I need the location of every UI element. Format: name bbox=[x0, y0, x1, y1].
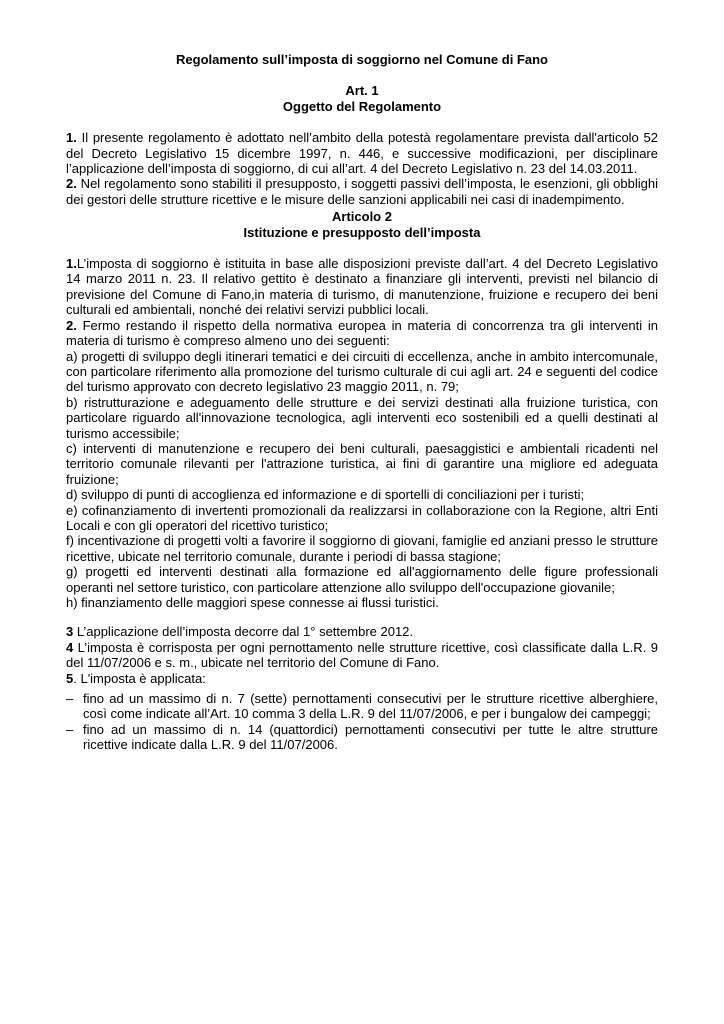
dash-marker: – bbox=[66, 691, 73, 706]
document-title: Regolamento sull’imposta di soggiorno ne… bbox=[66, 52, 658, 67]
paragraph-number: 2. bbox=[66, 318, 77, 333]
document-page: Regolamento sull’imposta di soggiorno ne… bbox=[0, 0, 724, 1024]
letter-item-c: c) interventi di manutenzione e recupero… bbox=[66, 441, 658, 487]
article1-paragraph-1: 1. Il presente regolamento è adottato ne… bbox=[66, 130, 658, 176]
letter-item-f: f) incentivazione di progetti volti a fa… bbox=[66, 533, 658, 564]
letter-text: incentivazione di progetti volti a favor… bbox=[66, 533, 658, 563]
letter-text: cofinanziamento di invertenti promoziona… bbox=[66, 503, 658, 533]
paragraph-number: 1. bbox=[66, 130, 77, 145]
letter-label: d) bbox=[66, 487, 78, 502]
letter-text: progetti ed interventi destinati alla fo… bbox=[66, 564, 658, 594]
article2-paragraph-3: 3 L’applicazione dell’imposta decorre da… bbox=[66, 624, 658, 639]
article1-heading-number: Art. 1 bbox=[66, 83, 658, 98]
bullet-item-2: –fino ad un massimo di n. 14 (quattordic… bbox=[66, 722, 658, 753]
article2-heading: Articolo 2 Istituzione e presupposto del… bbox=[66, 209, 658, 240]
letter-text: progetti di sviluppo degli itinerari tem… bbox=[66, 349, 658, 395]
bullet-text: fino ad un massimo di n. 14 (quattordici… bbox=[83, 722, 658, 752]
letter-label: e) bbox=[66, 503, 78, 518]
letter-label: g) bbox=[66, 564, 78, 579]
bullet-item-1: –fino ad un massimo di n. 7 (sette) pern… bbox=[66, 691, 658, 722]
article2-paragraph-1: 1.L’imposta di soggiorno è istituita in … bbox=[66, 256, 658, 318]
letter-text: finanziamento delle maggiori spese conne… bbox=[78, 595, 439, 610]
article2-paragraph-4: 4 L’imposta è corrisposta per ogni perno… bbox=[66, 640, 658, 671]
letter-text: interventi di manutenzione e recupero de… bbox=[66, 441, 658, 487]
article2-letter-list: a) progetti di sviluppo degli itinerari … bbox=[66, 349, 658, 611]
article1-heading-subject: Oggetto del Regolamento bbox=[66, 99, 658, 114]
paragraph-text: L’applicazione dell’imposta decorre dal … bbox=[73, 624, 413, 639]
article2-paragraph-5: 5. L'imposta è applicata: bbox=[66, 671, 658, 686]
letter-item-e: e) cofinanziamento di invertenti promozi… bbox=[66, 503, 658, 534]
letter-item-b: b) ristrutturazione e adeguamento delle … bbox=[66, 395, 658, 441]
letter-item-g: g) progetti ed interventi destinati alla… bbox=[66, 564, 658, 595]
letter-label: c) bbox=[66, 441, 77, 456]
dash-marker: – bbox=[66, 722, 73, 737]
letter-item-a: a) progetti di sviluppo degli itinerari … bbox=[66, 349, 658, 395]
letter-text: sviluppo di punti di accoglienza ed info… bbox=[78, 487, 585, 502]
letter-text: ristrutturazione e adeguamento delle str… bbox=[66, 395, 658, 441]
paragraph-text: Fermo restando il rispetto della normati… bbox=[66, 318, 658, 348]
article1-paragraph-2: 2. Nel regolamento sono stabiliti il pre… bbox=[66, 176, 658, 207]
article2-heading-number: Articolo 2 bbox=[66, 209, 658, 224]
letter-label: a) bbox=[66, 349, 78, 364]
article2-paragraph-2: 2. Fermo restando il rispetto della norm… bbox=[66, 318, 658, 349]
letter-item-h: h) finanziamento delle maggiori spese co… bbox=[66, 595, 658, 610]
paragraph-number: 2. bbox=[66, 176, 77, 191]
letter-item-d: d) sviluppo di punti di accoglienza ed i… bbox=[66, 487, 658, 502]
paragraph-text: . L'imposta è applicata: bbox=[73, 671, 206, 686]
article2-heading-subject: Istituzione e presupposto dell’imposta bbox=[66, 225, 658, 240]
paragraph-text: L’imposta è corrisposta per ogni pernott… bbox=[66, 640, 658, 670]
paragraph-number: 1. bbox=[66, 256, 77, 271]
letter-label: h) bbox=[66, 595, 78, 610]
article1-heading: Art. 1 Oggetto del Regolamento bbox=[66, 83, 658, 114]
letter-label: f) bbox=[66, 533, 74, 548]
letter-label: b) bbox=[66, 395, 78, 410]
paragraph-text: L’imposta di soggiorno è istituita in ba… bbox=[66, 256, 658, 317]
paragraph-text: Il presente regolamento è adottato nell’… bbox=[66, 130, 658, 176]
bullet-text: fino ad un massimo di n. 7 (sette) perno… bbox=[83, 691, 658, 721]
article2-bullet-list: –fino ad un massimo di n. 7 (sette) pern… bbox=[66, 691, 658, 753]
paragraph-text: Nel regolamento sono stabiliti il presup… bbox=[66, 176, 658, 206]
